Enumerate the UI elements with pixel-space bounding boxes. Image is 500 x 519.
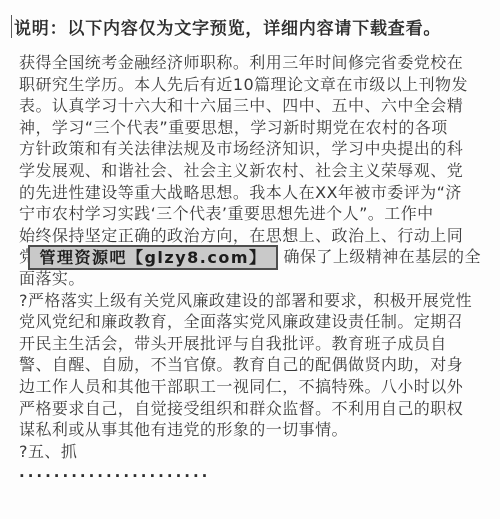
watermark-label: 管理资源吧【glzy8.com】 bbox=[39, 248, 266, 267]
document-line: 的先进性建设等重大战略思想。我本人在XX年被市委评为“济 bbox=[19, 182, 489, 204]
document-line: 始终保持坚定正确的政治方向，在思想上、政治上、行动上同 bbox=[19, 225, 489, 247]
document-line: 党风党纪和廉政教育，全面落实党风廉政建设责任制。定期召 bbox=[19, 311, 489, 333]
document-line: 谋私利或从事其他有违党的形象的一切事情。 bbox=[19, 419, 489, 441]
document-line: 警、自醒、自励，不当官僚。教育自己的配偶做贤内助，对身 bbox=[19, 354, 489, 376]
document-line: 职研究生学历。本人先后有近10篇理论文章在市级以上刊物发 bbox=[19, 74, 489, 96]
document-line: ?严格落实上级有关党风廉政建设的部署和要求，积极开展党性 bbox=[19, 290, 489, 312]
watermark-box: 管理资源吧【glzy8.com】 bbox=[28, 245, 277, 270]
document-line: 开民主生活会，带头开展批评与自我批评。教育班子成员自 bbox=[19, 333, 489, 355]
document-body: 获得全国统考金融经济师职称。利用三年时间修完省委党校在 职研究生学历。本人先后有… bbox=[19, 52, 489, 484]
document-line: 边工作人员和其他干部职工一视同仁，不搞特殊。八小时以外 bbox=[19, 376, 489, 398]
document-line: 面落实。 bbox=[19, 268, 489, 290]
watermark-line-after: 确保了上级精神在基层的全 bbox=[284, 246, 481, 268]
document-line: 方针政策和有关法律法规及市场经济知识，学习中央提出的科 bbox=[19, 138, 489, 160]
preview-notice: 说明：以下内容仅为文字预览，详细内容请下载查看。 bbox=[11, 14, 441, 39]
document-line: 宁市农村学习实践‘三个代表’重要思想先进个人”。工作中 bbox=[19, 203, 489, 225]
document-preview-page: 说明：以下内容仅为文字预览，详细内容请下载查看。 获得全国统考金融经济师职称。利… bbox=[0, 0, 500, 519]
document-line: 学发展观、和谐社会、社会主义新农村、社会主义荣辱观、党 bbox=[19, 160, 489, 182]
document-line: 表。认真学习十六大和十六届三中、四中、五中、六中全会精 bbox=[19, 95, 489, 117]
preview-notice-text: 说明：以下内容仅为文字预览，详细内容请下载查看。 bbox=[14, 14, 441, 39]
document-line-with-watermark: 党 管理资源吧【glzy8.com】 确保了上级精神在基层的全 bbox=[19, 246, 489, 268]
text-cursor-icon bbox=[11, 15, 12, 38]
document-line: ?五、抓 bbox=[19, 441, 489, 463]
document-line: 神，学习“三个代表”重要思想，学习新时期党在农村的各项 bbox=[19, 117, 489, 139]
document-line: 严格要求自己，自觉接受组织和群众监督。不利用自己的职权 bbox=[19, 398, 489, 420]
document-line: 获得全国统考金融经济师职称。利用三年时间修完省委党校在 bbox=[19, 52, 489, 74]
ellipsis-line: ...................... bbox=[19, 462, 489, 484]
